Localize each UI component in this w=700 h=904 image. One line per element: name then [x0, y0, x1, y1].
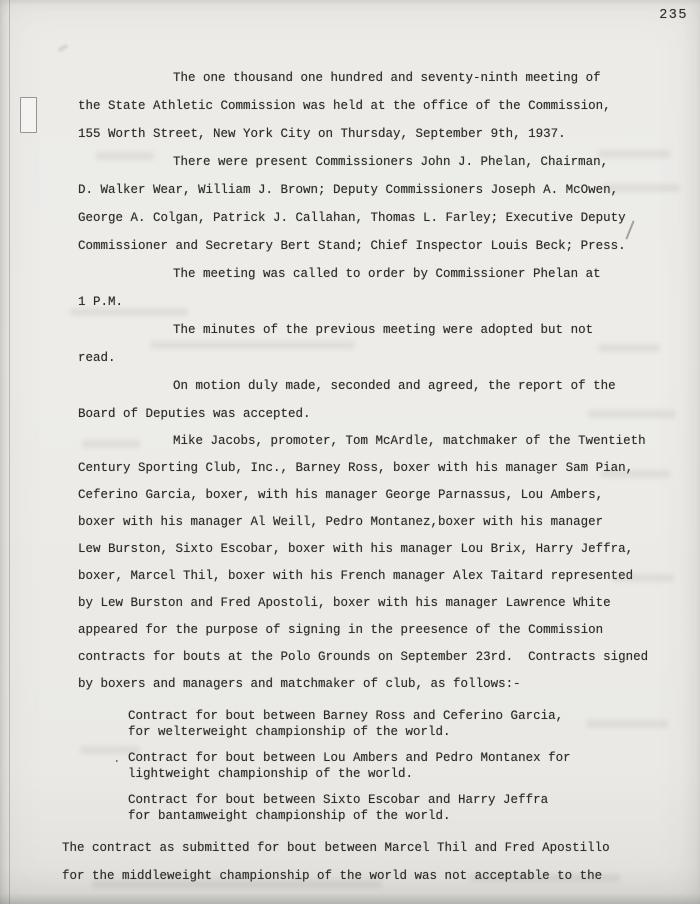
page-left-edge-shadow — [0, 0, 10, 904]
bleed-through-mark — [586, 720, 668, 728]
bleed-through-mark — [602, 184, 680, 192]
bleed-through-mark — [96, 152, 154, 160]
bleed-through-mark — [598, 150, 670, 158]
bleed-through-mark — [150, 341, 355, 349]
paragraph-board-report: On motion duly made, seconded and agreed… — [78, 372, 670, 428]
bleed-through-mark — [612, 574, 674, 582]
contract-item-lightweight-text: Contract for bout between Lou Ambers and… — [128, 751, 571, 781]
contract-item-bantamweight: Contract for bout between Sixto Escobar … — [128, 792, 670, 824]
bleed-through-mark — [92, 880, 382, 888]
scanned-document-page: 235 The one thousand one hundred and sev… — [0, 0, 700, 904]
paragraph-meeting-number: The one thousand one hundred and seventy… — [78, 64, 670, 148]
bleed-through-mark — [470, 874, 620, 882]
page-number: 235 — [659, 8, 688, 23]
paragraph-attendees: There were present Commissioners John J.… — [78, 148, 670, 260]
binder-punch-mark — [20, 97, 37, 133]
bleed-through-mark — [588, 410, 676, 418]
scan-speck — [58, 44, 69, 52]
bleed-through-mark — [70, 308, 188, 316]
paragraph-contract-signing: Mike Jacobs, promoter, Tom McArdle, matc… — [78, 428, 670, 698]
page-bottom-edge-shadow — [0, 893, 700, 904]
bleed-through-mark — [600, 470, 670, 478]
bleed-through-mark — [598, 344, 660, 352]
bleed-through-mark — [82, 440, 140, 448]
bleed-through-mark — [80, 746, 140, 754]
document-body: The one thousand one hundred and seventy… — [78, 64, 670, 890]
contract-item-lightweight: .Contract for bout between Lou Ambers an… — [128, 750, 670, 782]
